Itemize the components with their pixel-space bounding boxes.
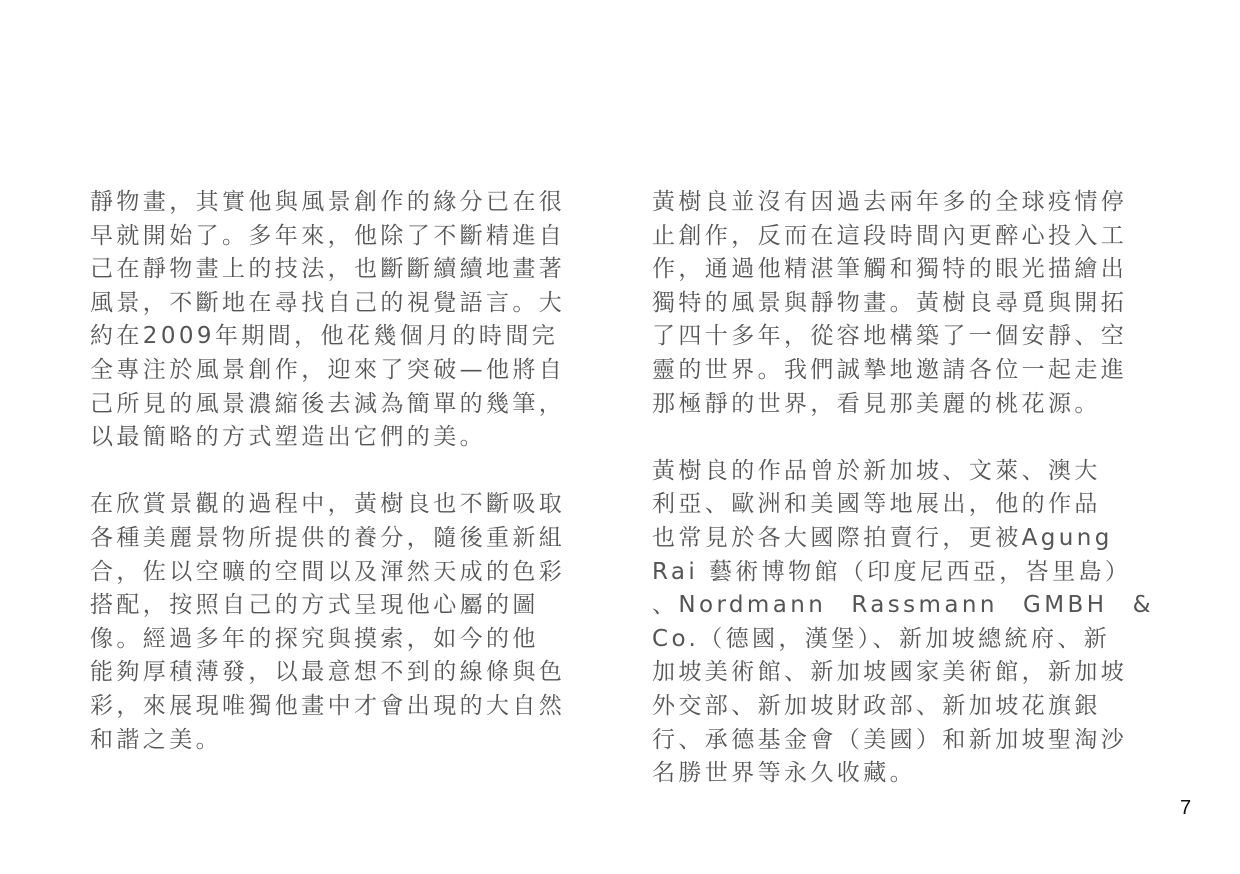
- text-line: 作，通過他精湛筆觸和獨特的眼光描繪出: [652, 253, 1158, 287]
- paragraph-exhibitions-and-collections: 黃樹良的作品曾於新加坡、文萊、澳大 利亞、歐洲和美國等地展出，他的作品 也常見於…: [652, 455, 1158, 791]
- text-line: 己所見的風景濃縮後去減為簡單的幾筆，: [90, 388, 596, 422]
- text-line: 黃樹良的作品曾於新加坡、文萊、澳大: [652, 455, 1158, 489]
- text-line: 獨特的風景與靜物畫。黃樹良尋覓與開拓: [652, 287, 1158, 321]
- text-line: 合，佐以空曠的空間以及渾然天成的色彩: [90, 556, 596, 590]
- page-number: 7: [1180, 797, 1191, 820]
- text-line: 彩，來展現唯獨他畫中才會出現的大自然: [90, 690, 596, 724]
- text-line: 風景，不斷地在尋找自己的視覺語言。大: [90, 287, 596, 321]
- text-line: 像。經過多年的探究與摸索，如今的他: [90, 623, 596, 657]
- paragraph-still-life-and-landscape: 靜物畫，其實他與風景創作的緣分已在很 早就開始了。多年來，他除了不斷精進自 己在…: [90, 186, 596, 455]
- text-line: 靈的世界。我們誠摯地邀請各位一起走進: [652, 354, 1158, 388]
- text-line: 加坡美術館、新加坡國家美術館，新加坡: [652, 656, 1158, 690]
- text-line: 己在靜物畫上的技法，也斷斷續續地畫著: [90, 253, 596, 287]
- text-line: 在欣賞景觀的過程中，黃樹良也不斷吸取: [90, 488, 596, 522]
- word: Rassmann: [851, 589, 997, 623]
- text-line: 也常見於各大國際拍賣行，更被Agung: [652, 522, 1158, 556]
- text-line: 名勝世界等永久收藏。: [652, 757, 1158, 791]
- text-line: 和諧之美。: [90, 724, 596, 758]
- text-line: 搭配，按照自己的方式呈現他心屬的圖: [90, 589, 596, 623]
- text-line-justified: 、NordmannRassmannGMBH&: [652, 589, 1154, 623]
- text-line: 利亞、歐洲和美國等地展出，他的作品: [652, 488, 1158, 522]
- text-line: 早就開始了。多年來，他除了不斷精進自: [90, 220, 596, 254]
- text-line: 全專注於風景創作，迎來了突破—他將自: [90, 354, 596, 388]
- text-line: 黃樹良並沒有因過去兩年多的全球疫情停: [652, 186, 1158, 220]
- right-text-column: 黃樹良並沒有因過去兩年多的全球疫情停 止創作，反而在這段時間內更醉心投入工 作，…: [652, 186, 1158, 791]
- text-line: 止創作，反而在這段時間內更醉心投入工: [652, 220, 1158, 254]
- word: &: [1133, 589, 1154, 623]
- word: GMBH: [1023, 589, 1107, 623]
- text-line: 能夠厚積薄發，以最意想不到的線條與色: [90, 656, 596, 690]
- text-line: 各種美麗景物所提供的養分，隨後重新組: [90, 522, 596, 556]
- text-line: 外交部、新加坡財政部、新加坡花旗銀: [652, 690, 1158, 724]
- word: 、Nordmann: [652, 589, 826, 623]
- document-page: 靜物畫，其實他與風景創作的緣分已在很 早就開始了。多年來，他除了不斷精進自 己在…: [0, 0, 1240, 874]
- text-line: 那極靜的世界，看見那美麗的桃花源。: [652, 388, 1158, 422]
- text-line: 了四十多年，從容地構築了一個安靜、空: [652, 320, 1158, 354]
- paragraph-pandemic-creation: 黃樹良並沒有因過去兩年多的全球疫情停 止創作，反而在這段時間內更醉心投入工 作，…: [652, 186, 1158, 421]
- paragraph-appreciating-scenery: 在欣賞景觀的過程中，黃樹良也不斷吸取 各種美麗景物所提供的養分，隨後重新組 合，…: [90, 488, 596, 757]
- text-line: Co.（德國，漢堡）、新加坡總統府、新: [652, 623, 1158, 657]
- text-line: Rai 藝術博物館（印度尼西亞，峇里島）: [652, 556, 1158, 590]
- text-line: 靜物畫，其實他與風景創作的緣分已在很: [90, 186, 596, 220]
- text-line: 約在2009年期間，他花幾個月的時間完: [90, 320, 596, 354]
- left-text-column: 靜物畫，其實他與風景創作的緣分已在很 早就開始了。多年來，他除了不斷精進自 己在…: [90, 186, 596, 757]
- text-line: 行、承德基金會（美國）和新加坡聖淘沙: [652, 724, 1158, 758]
- text-line: 以最簡略的方式塑造出它們的美。: [90, 421, 596, 455]
